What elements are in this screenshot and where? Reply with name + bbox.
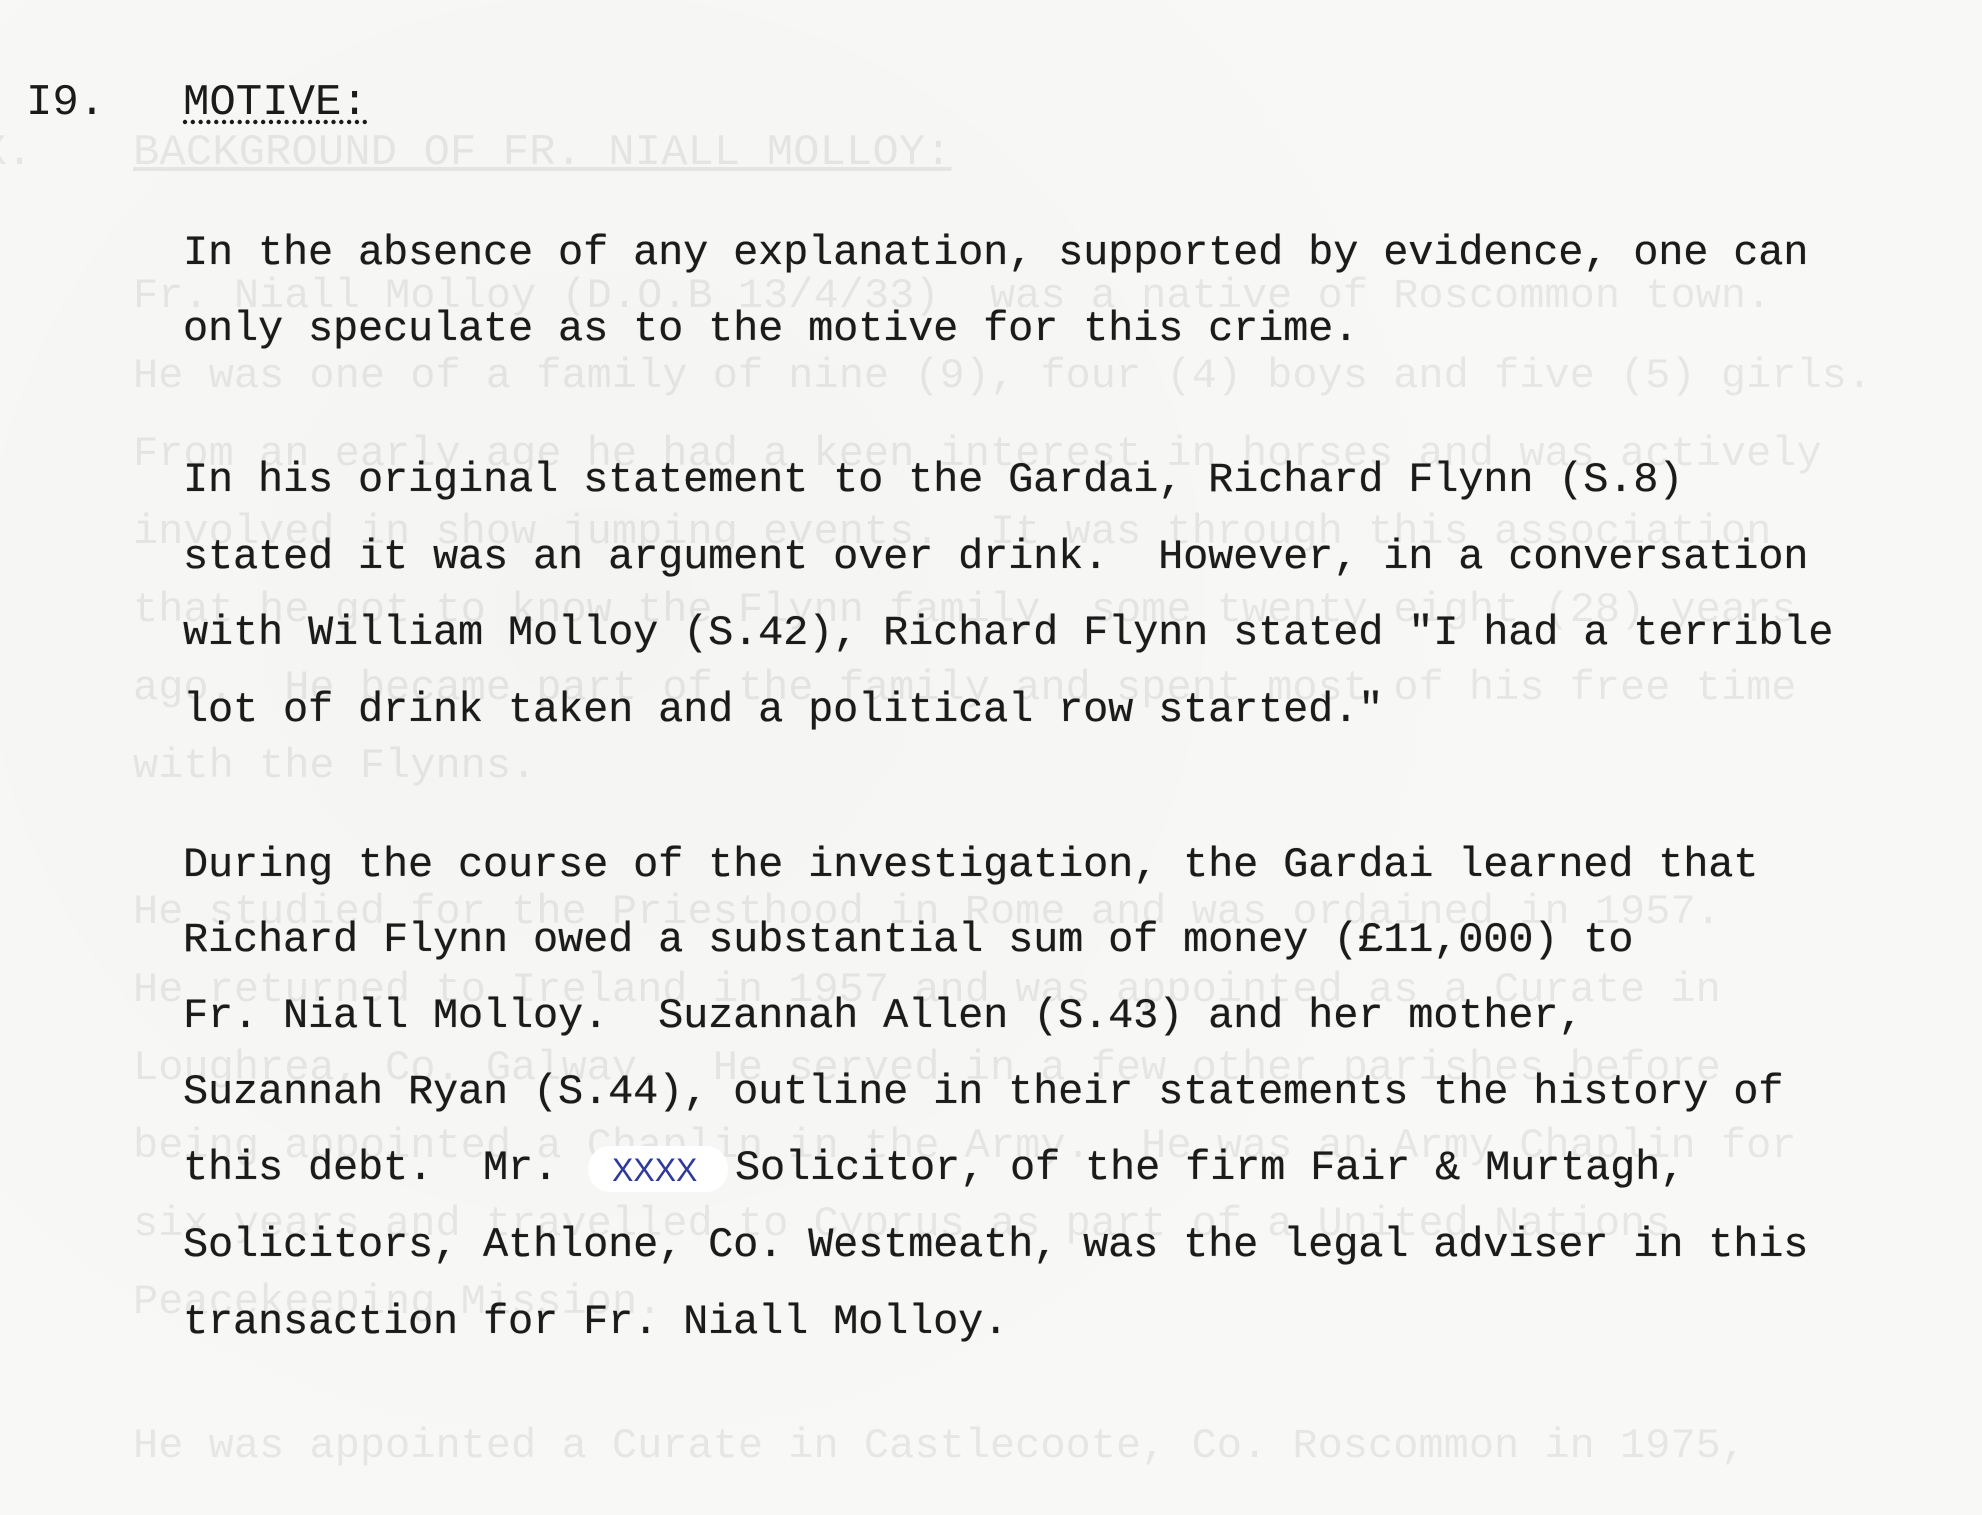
paragraph-line: this debt. Mr. (183, 1147, 558, 1189)
paragraph-line: Suzannah Ryan (S.44), outline in their s… (183, 1071, 1783, 1113)
paragraph-line: During the course of the investigation, … (183, 844, 1758, 886)
paragraph-line: only speculate as to the motive for this… (183, 308, 1358, 350)
paragraph-line: Solicitors, Athlone, Co. Westmeath, was … (183, 1224, 1808, 1266)
paragraph-line: stated it was an argument over drink. Ho… (183, 536, 1808, 578)
paragraph-line: Fr. Niall Molloy. Suzannah Allen (S.43) … (183, 995, 1583, 1037)
paragraph-line: transaction for Fr. Niall Molloy. (183, 1301, 1008, 1343)
bleed-through-heading-number: X. (0, 128, 33, 178)
paragraph-line: In his original statement to the Gardai,… (183, 459, 1683, 501)
paragraph-line: In the absence of any explanation, suppo… (183, 232, 1808, 274)
bleed-through-heading: BACKGROUND OF FR. NIALL MOLLOY: (133, 128, 952, 178)
paragraph-line: lot of drink taken and a political row s… (183, 689, 1383, 731)
paragraph-line: Richard Flynn owed a substantial sum of … (183, 919, 1633, 961)
bleed-through-line: with the Flynns. (133, 742, 536, 790)
bleed-through-line: He was one of a family of nine (9), four… (133, 352, 1872, 400)
paragraph-line: Solicitor, of the firm Fair & Murtagh, (735, 1147, 1685, 1189)
redacted-name: XXXX (612, 1152, 697, 1189)
paragraph-line: with William Molloy (S.42), Richard Flyn… (183, 612, 1833, 654)
section-title: MOTIVE: (183, 78, 368, 128)
bleed-through-line: He was appointed a Curate in Castlecoote… (133, 1422, 1746, 1470)
section-number: I9. (26, 78, 105, 128)
document-page: X. BACKGROUND OF FR. NIALL MOLLOY: Fr. N… (0, 0, 1982, 1515)
